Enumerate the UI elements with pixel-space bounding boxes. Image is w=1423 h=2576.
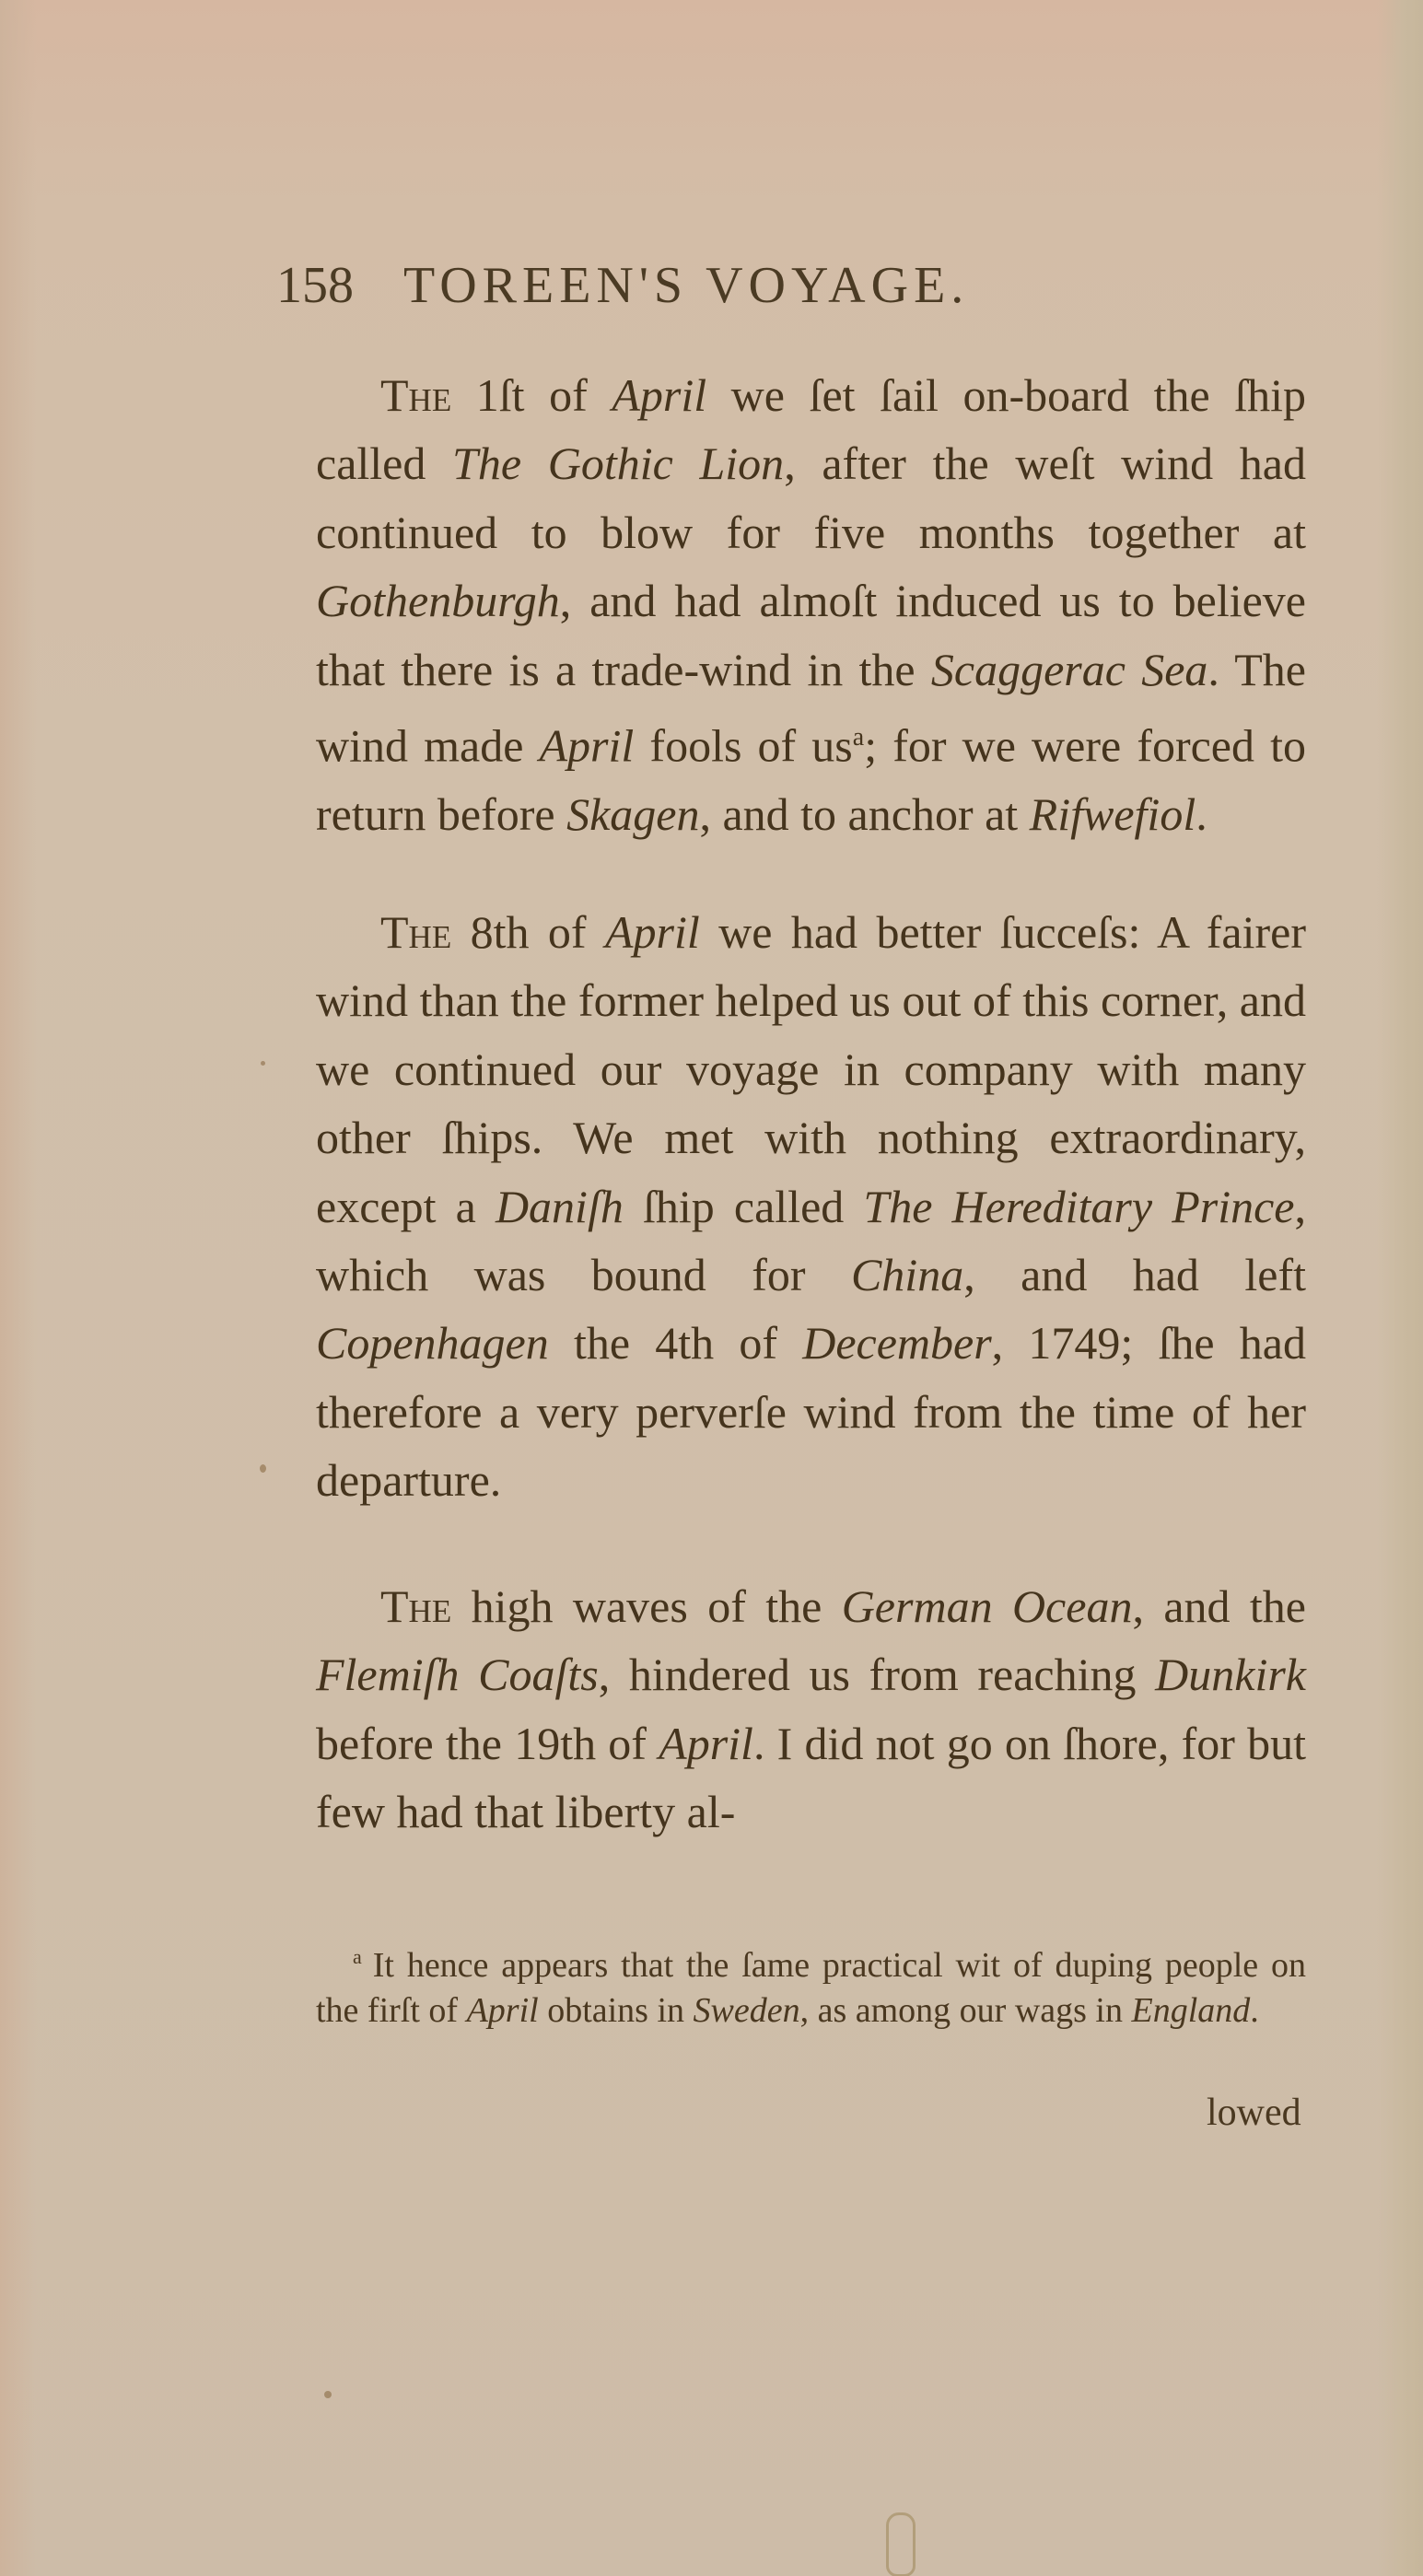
paragraph-lead-word: The (380, 1580, 451, 1632)
paragraph-lead-word: The (380, 906, 451, 958)
footnote-marker: a (353, 1945, 362, 1968)
page-number: 158 (276, 257, 354, 314)
footnote-text: It hence appears that the ſame practical… (316, 1946, 1306, 2030)
paper-speck (260, 1464, 266, 1473)
paragraph-text: The high waves of the German Ocean, and … (316, 1572, 1306, 1847)
paragraph-text: The 1ſt of April we ſet ſail on-board th… (316, 361, 1306, 849)
catchword: lowed (1207, 2091, 1301, 2135)
footnote: aIt hence appears that the ſame practica… (316, 1934, 1306, 2034)
paragraph-3: The high waves of the German Ocean, and … (316, 1572, 1306, 1847)
page-left-edge-shadow (0, 0, 37, 2576)
paragraph-1: The 1ſt of April we ſet ſail on-board th… (316, 361, 1306, 849)
paper-speck (261, 1061, 265, 1066)
paragraph-lead-word: The (380, 369, 451, 421)
paper-speck (324, 2391, 332, 2398)
running-header: 158TOREEN'S VOYAGE. (276, 256, 969, 315)
paragraph-2: The 8th of April we had better ſucceſs: … (316, 898, 1306, 1515)
page-right-edge-shadow (1377, 0, 1423, 2576)
paragraph-text: The 8th of April we had better ſucceſs: … (316, 898, 1306, 1515)
binding-thread-mark (886, 2512, 916, 2576)
running-head-title: TOREEN'S VOYAGE. (403, 257, 969, 314)
